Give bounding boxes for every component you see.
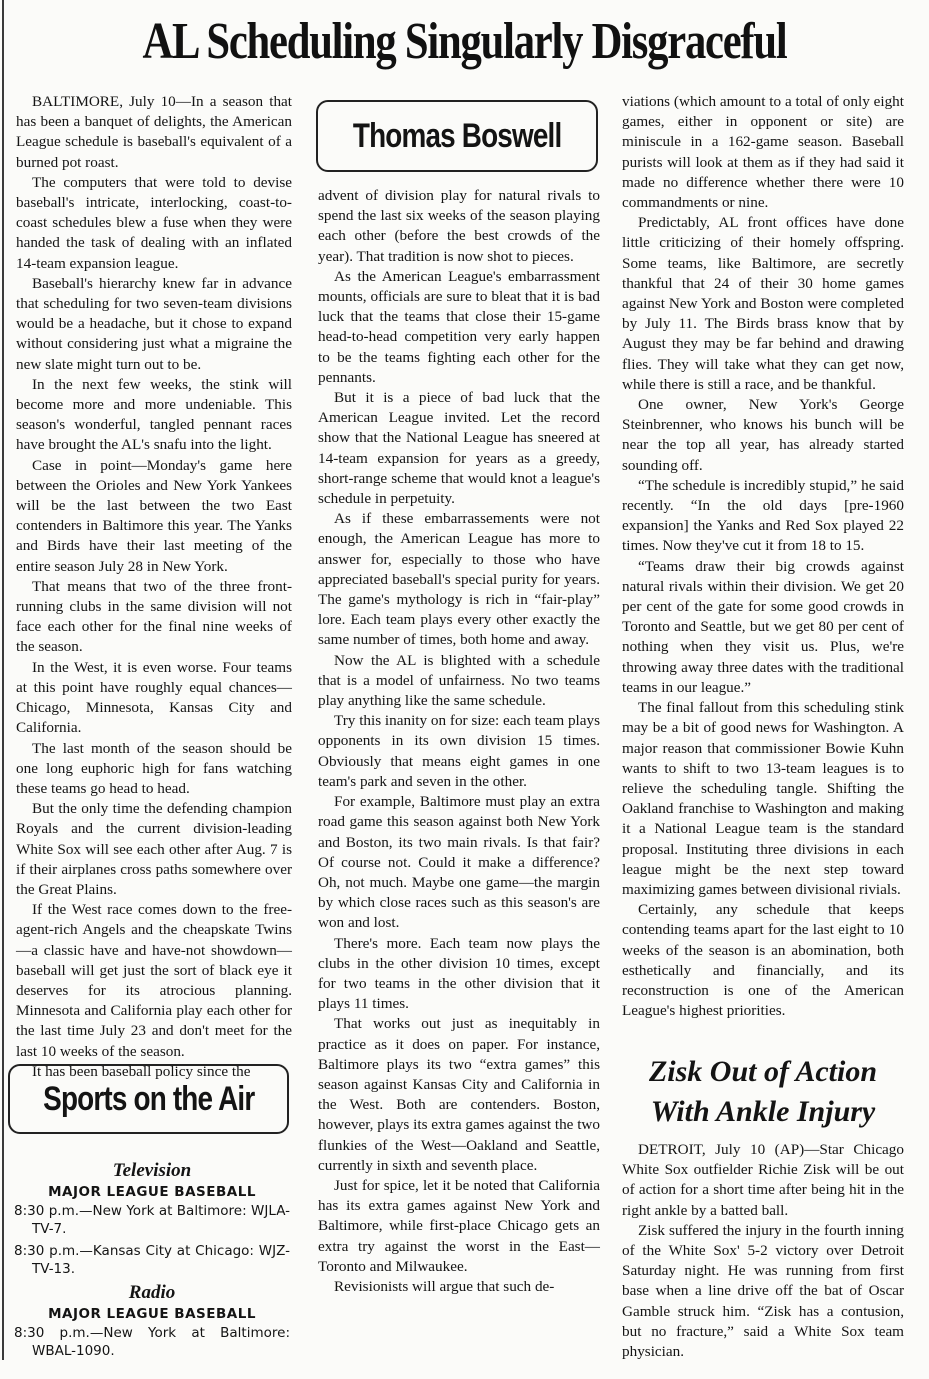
paragraph: DETROIT, July 10 (AP)—Star Chicago White… <box>622 1140 904 1221</box>
paragraph: “Teams draw their big crowds against nat… <box>622 557 904 698</box>
zisk-article-body: DETROIT, July 10 (AP)—Star Chicago White… <box>622 1140 904 1362</box>
paragraph: Now the AL is blighted with a schedule t… <box>318 651 600 712</box>
zisk-headline-line-2: With Ankle Injury <box>620 1092 906 1132</box>
paragraph: In the next few weeks, the stink will be… <box>16 375 292 456</box>
paragraph: viations (which amount to a total of onl… <box>622 92 904 213</box>
paragraph: That means that two of the three front-r… <box>16 577 292 658</box>
paragraph: Revisionists will argue that such de- <box>318 1277 600 1297</box>
paragraph: Baseball's hierarchy knew far in advance… <box>16 274 292 375</box>
paragraph: Try this inanity on for size: each team … <box>318 711 600 792</box>
paragraph: But the only time the defending champion… <box>16 799 292 900</box>
newspaper-page: AL Scheduling Singularly Disgraceful BAL… <box>0 0 929 1379</box>
paragraph: As if these embarrassements were not eno… <box>318 509 600 650</box>
radio-label: Radio <box>14 1282 290 1304</box>
television-label: Television <box>14 1160 290 1182</box>
paragraph: If the West race comes down to the free-… <box>16 900 292 1062</box>
paragraph: In the West, it is even worse. Four team… <box>16 658 292 739</box>
tv-category: MAJOR LEAGUE BASEBALL <box>14 1182 290 1202</box>
paragraph: The computers that were told to devise b… <box>16 173 292 274</box>
paragraph: One owner, New York's George Steinbrenne… <box>622 395 904 476</box>
paragraph: That works out just as inequitably in pr… <box>318 1014 600 1176</box>
tv-listing: 8:30 p.m.—Kansas City at Chicago: WJZ-TV… <box>14 1242 290 1278</box>
article-column-2: advent of division play for natural riva… <box>318 186 600 1297</box>
radio-category: MAJOR LEAGUE BASEBALL <box>14 1304 290 1324</box>
paragraph: There's more. Each team now plays the cl… <box>318 934 600 1015</box>
tv-listing: 8:30 p.m.—New York at Baltimore: WJLA-TV… <box>14 1202 290 1238</box>
paragraph: The final fallout from this scheduling s… <box>622 698 904 900</box>
paragraph: Just for spice, let it be noted that Cal… <box>318 1176 600 1277</box>
paragraph: Case in point—Monday's game here between… <box>16 456 292 577</box>
zisk-headline: Zisk Out of Action With Ankle Injury <box>620 1052 906 1132</box>
zisk-headline-line-1: Zisk Out of Action <box>620 1052 906 1092</box>
article-column-3: viations (which amount to a total of onl… <box>622 92 904 1021</box>
paragraph: But it is a piece of bad luck that the A… <box>318 388 600 509</box>
paragraph: advent of division play for natural riva… <box>318 186 600 267</box>
paragraph: The last month of the season should be o… <box>16 739 292 800</box>
radio-listing: 8:30 p.m.—New York at Baltimore: WBAL-10… <box>14 1324 290 1360</box>
sports-on-air-title: Sports on the Air <box>43 1080 254 1119</box>
paragraph: For example, Baltimore must play an extr… <box>318 792 600 933</box>
byline-box: Thomas Boswell <box>316 100 598 172</box>
paragraph: “The schedule is incredibly stupid,” he … <box>622 476 904 557</box>
paragraph: As the American League's embarrassment m… <box>318 267 600 388</box>
paragraph: BALTIMORE, July 10—In a season that has … <box>16 92 292 173</box>
article-column-1: BALTIMORE, July 10—In a season that has … <box>16 92 292 1082</box>
column-rule <box>2 0 4 1360</box>
paragraph: Zisk suffered the injury in the fourth i… <box>622 1221 904 1362</box>
headline: AL Scheduling Singularly Disgraceful <box>84 6 846 78</box>
broadcast-listings: Television MAJOR LEAGUE BASEBALL 8:30 p.… <box>14 1160 290 1364</box>
paragraph: Certainly, any schedule that keeps conte… <box>622 900 904 1021</box>
sports-on-air-title-box: Sports on the Air <box>8 1064 289 1134</box>
byline: Thomas Boswell <box>353 117 562 156</box>
paragraph: Predictably, AL front offices have done … <box>622 213 904 395</box>
